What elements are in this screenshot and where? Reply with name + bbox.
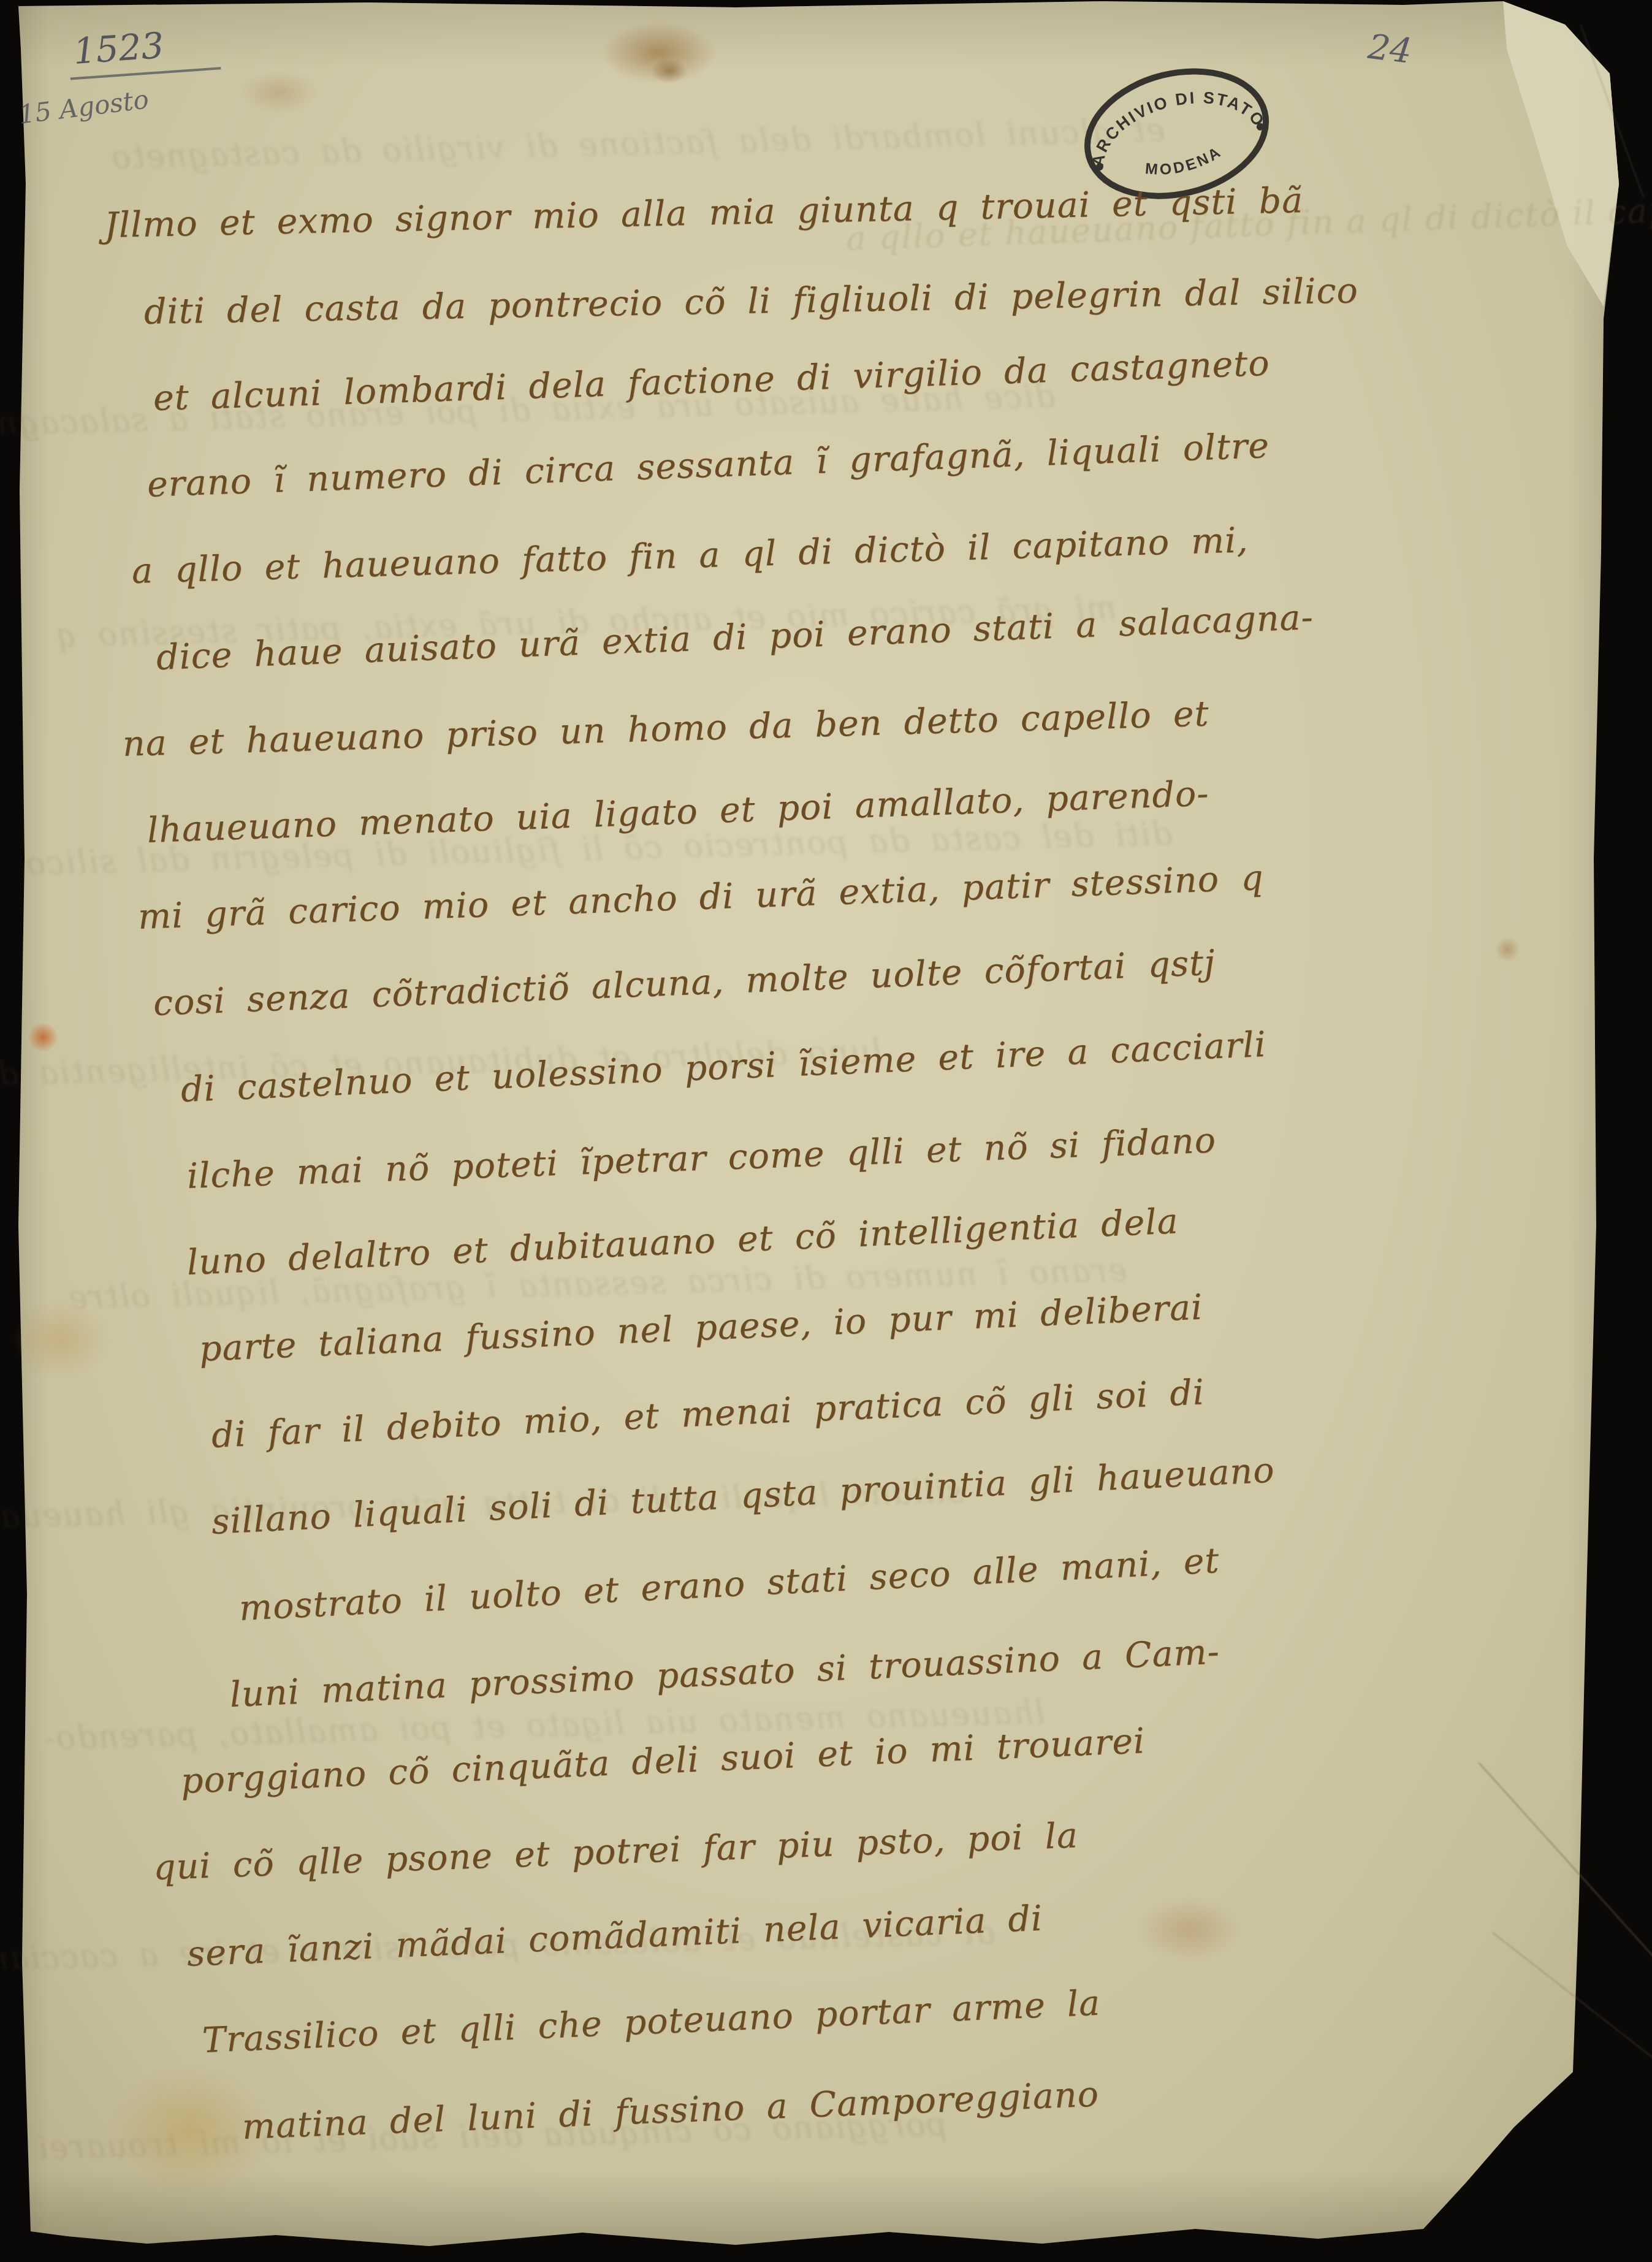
page-number: 24 (1366, 27, 1414, 72)
annotation-year: 1523 (67, 21, 221, 80)
stamp-text-bottom: MODENA (1141, 141, 1228, 185)
scanned-letter-page: et alcuni lombardi dela factione di virg… (0, 0, 1652, 2262)
